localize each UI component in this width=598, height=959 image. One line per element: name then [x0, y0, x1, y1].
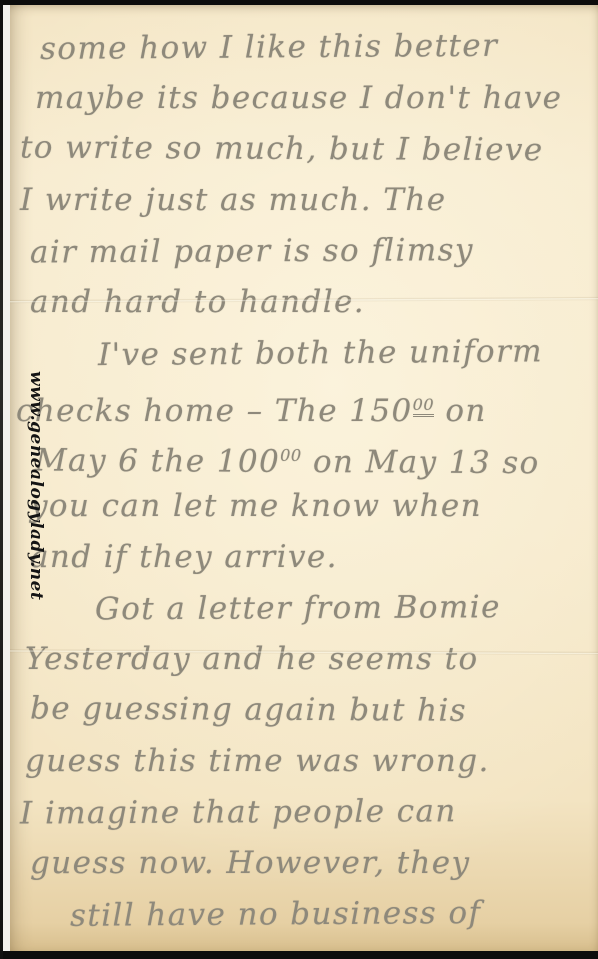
letter-line-3: to write so much, but I believe: [20, 122, 598, 176]
line-text: some how I like this better: [40, 28, 499, 67]
line-text: guess now. However, they: [30, 845, 470, 881]
watermark-text: www.genealogylady.net: [16, 371, 46, 599]
letter-line-14: be guessing again but his: [30, 684, 598, 738]
line-text: I write just as much. The: [20, 182, 446, 218]
letter-line-16: I imagine that people can: [20, 785, 598, 839]
letter-line-8: checks home – The 15000 on: [16, 379, 598, 430]
letter-paper: www.genealogylady.net some how I like th…: [10, 5, 598, 951]
letter-scan: www.genealogylady.net some how I like th…: [0, 0, 598, 959]
letter-line-2: maybe its because I don't have: [35, 73, 598, 124]
letter-line-5: air mail paper is so flimsy: [30, 225, 598, 279]
line-text: on: [434, 393, 487, 429]
line-text: maybe its because I don't have: [35, 80, 562, 116]
handwritten-text-block: some how I like this better maybe its be…: [10, 5, 598, 951]
line-text: and if they arrive.: [30, 539, 338, 575]
line-text: Got a letter from Bomie: [95, 589, 501, 627]
amount-superscript-cents: 00: [413, 395, 435, 417]
line-text: I've sent both the uniform: [98, 333, 543, 373]
amount-superscript-cents: 00: [280, 446, 302, 465]
line-text: be guessing again but his: [30, 691, 467, 729]
line-text: on May 13 so: [302, 444, 540, 481]
line-text: air mail paper is so flimsy: [30, 232, 474, 270]
letter-line-7: I've sent both the uniform: [98, 326, 598, 381]
line-text: May 6 the 100: [35, 443, 280, 480]
letter-line-17: guess now. However, they: [30, 838, 598, 889]
line-text: Yesterday and he seems to: [25, 641, 479, 677]
letter-line-10: you can let me know when: [30, 481, 598, 532]
scanner-top-edge: [0, 0, 598, 5]
letter-line-11: and if they arrive.: [30, 532, 598, 583]
letter-line-18: still have no business of: [70, 887, 598, 942]
letter-line-9: May 6 the 10000 on May 13 so: [35, 429, 598, 483]
letter-line-13: Yesterday and he seems to: [25, 634, 598, 685]
letter-line-12: Got a letter from Bomie: [95, 582, 598, 636]
line-text: I imagine that people can: [20, 793, 457, 831]
line-text: to write so much, but I believe: [20, 129, 544, 168]
line-text: guess this time was wrong.: [25, 743, 490, 779]
letter-line-4: I write just as much. The: [20, 175, 598, 226]
scanner-bottom-edge: [0, 951, 598, 959]
letter-line-15: guess this time was wrong.: [25, 736, 598, 787]
line-text: you can let me know when: [30, 488, 482, 524]
line-text: checks home – The 150: [16, 393, 413, 429]
line-text: still have no business of: [70, 895, 482, 934]
scanner-left-edge: [0, 0, 3, 959]
letter-line-1: some how I like this better: [40, 20, 598, 75]
